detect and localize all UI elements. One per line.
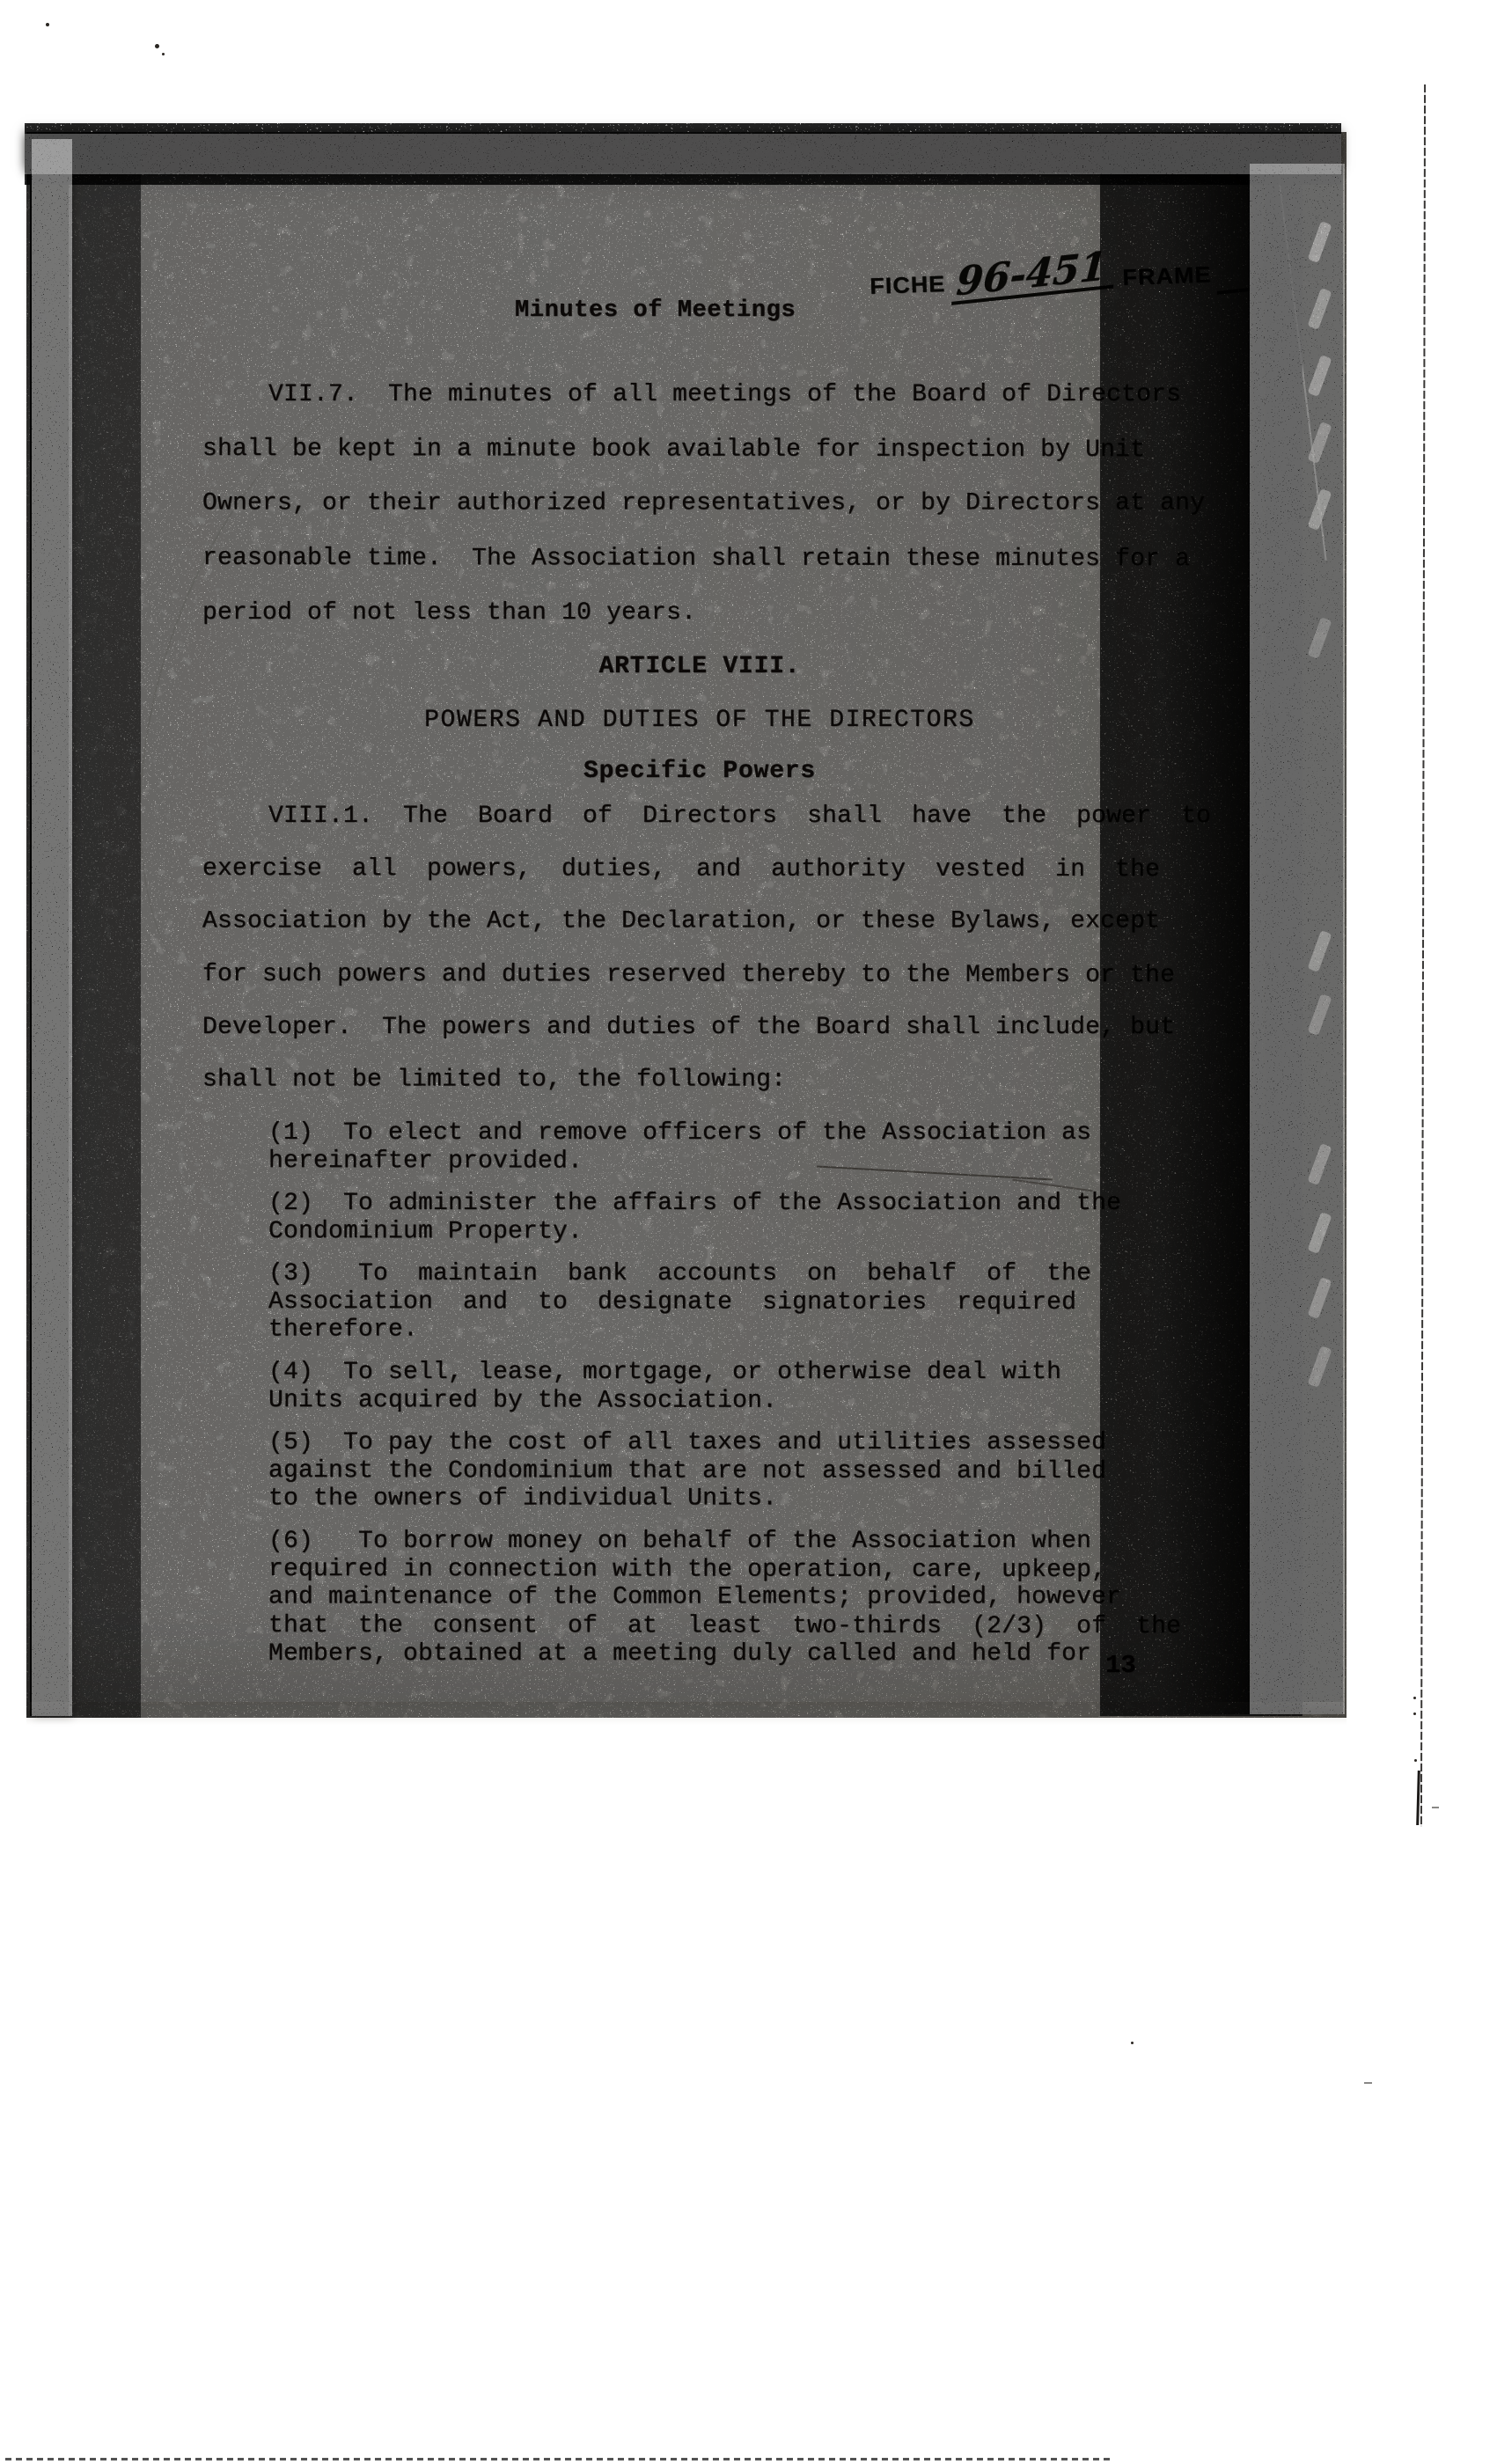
list-item: (1) To elect and remove officers of the …: [268, 1119, 1091, 1176]
text-line: (6) To borrow money on behalf of the Ass…: [268, 1528, 1181, 1556]
film-sprocket-mark: [1308, 355, 1332, 397]
document-title: Minutes of Meetings: [515, 296, 796, 326]
text-line: shall not be limited to, the following:: [202, 1054, 1211, 1107]
list-item: (4) To sell, lease, mortgage, or otherwi…: [268, 1359, 1061, 1415]
film-sprocket-mark: [1308, 1277, 1332, 1319]
text-line: (3) To maintain bank accounts on behalf …: [268, 1260, 1091, 1288]
speck-dot: [1413, 1712, 1416, 1715]
text-line: (4) To sell, lease, mortgage, or otherwi…: [268, 1359, 1061, 1387]
film-sprocket-mark: [1308, 1346, 1332, 1388]
list-item: (2) To administer the affairs of the Ass…: [268, 1190, 1121, 1246]
list-item: (6) To borrow money on behalf of the Ass…: [268, 1528, 1181, 1668]
speck-dash: [1364, 2082, 1372, 2084]
film-edge-top: [25, 134, 1341, 172]
speck-dot: [1414, 1759, 1417, 1762]
film-sprocket-mark: [1308, 994, 1332, 1036]
film-sprocket-mark: [1308, 1143, 1332, 1185]
speck-dot: [155, 44, 159, 48]
speck-dot: [46, 23, 49, 26]
film-sprocket-mark: [1308, 930, 1332, 972]
speck-dash: [1432, 1807, 1439, 1808]
text-line: (1) To elect and remove officers of the …: [268, 1119, 1091, 1148]
page-number: 13: [1105, 1651, 1136, 1680]
film-sprocket-mark: [1308, 617, 1332, 659]
text-line: hereinafter provided.: [268, 1148, 1091, 1177]
text-line: to the owners of individual Units.: [268, 1485, 1106, 1514]
text-line: therefore.: [268, 1316, 1091, 1345]
text-line: against the Condominium that are not ass…: [268, 1457, 1106, 1486]
text-line: Association and to designate signatories…: [268, 1288, 1091, 1317]
text-line: Members, obtained at a meeting duly call…: [268, 1640, 1181, 1668]
speck-dot: [162, 53, 165, 55]
film-scratch-vertical: [1420, 84, 1426, 1827]
film-sprocket-mark: [1308, 288, 1332, 330]
text-line: (5) To pay the cost of all taxes and uti…: [268, 1429, 1106, 1457]
list-item: (3) To maintain bank accounts on behalf …: [268, 1260, 1091, 1345]
text-line: Units acquired by the Association.: [268, 1387, 1061, 1416]
scanned-page: Minutes of Meetings FICHE 96-451 FRAME 1…: [0, 0, 1497, 2464]
film-edge-left: [30, 139, 69, 1716]
text-line: Condominium Property.: [268, 1218, 1121, 1247]
text-line: and maintenance of the Common Elements; …: [268, 1584, 1181, 1612]
speck-dot: [1131, 2042, 1134, 2044]
speck-dot: [1413, 1697, 1416, 1699]
text-line: (2) To administer the affairs of the Ass…: [268, 1190, 1121, 1218]
text-line: Developer. The powers and duties of the …: [202, 1001, 1211, 1054]
text-line: that the consent of at least two-thirds …: [268, 1612, 1181, 1641]
list-item: (5) To pay the cost of all taxes and uti…: [268, 1429, 1106, 1514]
scan-bottom-fade: [26, 1702, 1347, 1725]
frame-label: FRAME: [1122, 262, 1212, 293]
scan-bottom-edge-line: [5, 2458, 1111, 2460]
film-sprocket-mark: [1308, 1212, 1332, 1254]
text-line: required in connection with the operatio…: [268, 1556, 1181, 1585]
fiche-label: FICHE: [870, 271, 946, 301]
